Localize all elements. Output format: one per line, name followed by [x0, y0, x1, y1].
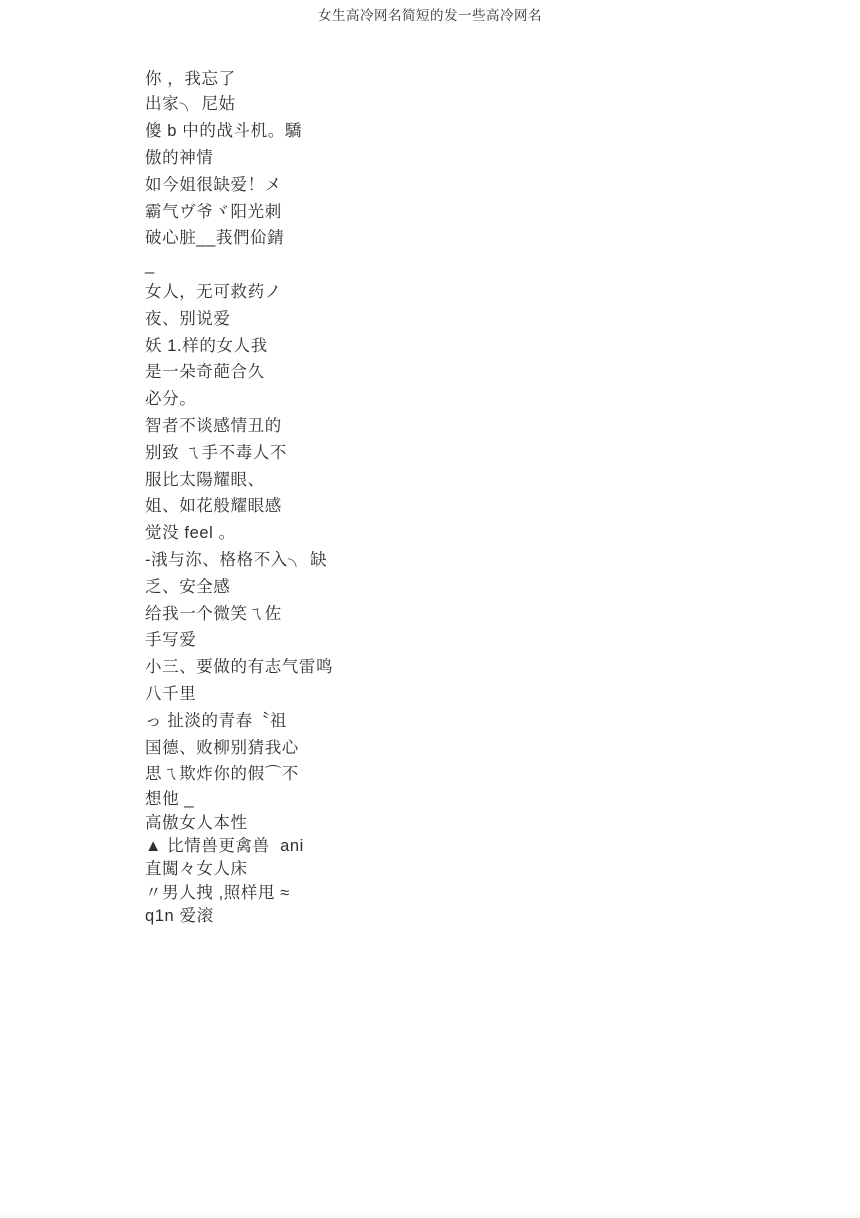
- nickname-line: 夜、别说爱: [145, 306, 740, 333]
- nickname-line: -涐与沵、格格不入╮ 缺: [145, 547, 740, 574]
- nickname-line: 女人，无可救药ノ: [145, 279, 740, 306]
- nickname-line: 是一朵奇葩合久: [145, 359, 740, 386]
- nickname-line: 服比太陽耀眼、: [145, 467, 740, 494]
- nickname-line: 八千里: [145, 681, 740, 708]
- nickname-line: 给我一个微笑ㄟ佐: [145, 601, 740, 628]
- nickname-line: 如今姐很缺爱！メ: [145, 172, 740, 199]
- nickname-line: 直闖々女人床: [145, 858, 740, 881]
- nickname-line: 小三、要做的有志气雷鸣: [145, 654, 740, 681]
- nickname-line: 霸气ヴ爷ヾ阳光刺: [145, 199, 740, 226]
- nickname-line: q1n 爱滚: [145, 905, 740, 928]
- nickname-line: 国德、败柳别猜我心: [145, 735, 740, 762]
- nickname-line: 高傲女人本性: [145, 812, 740, 835]
- document-page: 女生高冷网名简短的发一些高冷网名 你 ，我忘了 出家╮ 尼姑 傻 b 中的战斗机…: [0, 0, 860, 1218]
- nickname-line: 必分。: [145, 386, 740, 413]
- nickname-line: 你 ，我忘了: [145, 68, 740, 91]
- nickname-line: _: [145, 252, 740, 279]
- nickname-line: 觉没 feel 。: [145, 520, 740, 547]
- nickname-line: 想他 _: [145, 788, 740, 811]
- nickname-line: っ 扯淡的青春〝祖: [145, 708, 740, 735]
- nickname-line: 傻 b 中的战斗机。驕: [145, 118, 740, 145]
- nickname-line: 思ㄟ欺炸你的假⌒不: [145, 761, 740, 788]
- nickname-line: 乏、安全感: [145, 574, 740, 601]
- nickname-line: 傲的神情: [145, 145, 740, 172]
- nickname-line: 姐、如花般耀眼感: [145, 493, 740, 520]
- nickname-line: 〃男人拽 ,照样甩 ≈: [145, 882, 740, 905]
- page-edge: [0, 1212, 860, 1218]
- nickname-list: 你 ，我忘了 出家╮ 尼姑 傻 b 中的战斗机。驕 傲的神情 如今姐很缺爱！メ …: [0, 68, 860, 928]
- nickname-line: ▲ 比情兽更禽兽 ani: [145, 835, 740, 858]
- nickname-line: 出家╮ 尼姑: [145, 91, 740, 118]
- nickname-line: 妖 1.样的女人我: [145, 333, 740, 360]
- page-title: 女生高冷网名简短的发一些高冷网名: [0, 0, 860, 26]
- nickname-line: 智者不谈感情丑的: [145, 413, 740, 440]
- nickname-line: 别致 ㄟ手不毒人不: [145, 440, 740, 467]
- nickname-line: 手写爱: [145, 627, 740, 654]
- nickname-line: 破心脏__莪們佡錆: [145, 225, 740, 252]
